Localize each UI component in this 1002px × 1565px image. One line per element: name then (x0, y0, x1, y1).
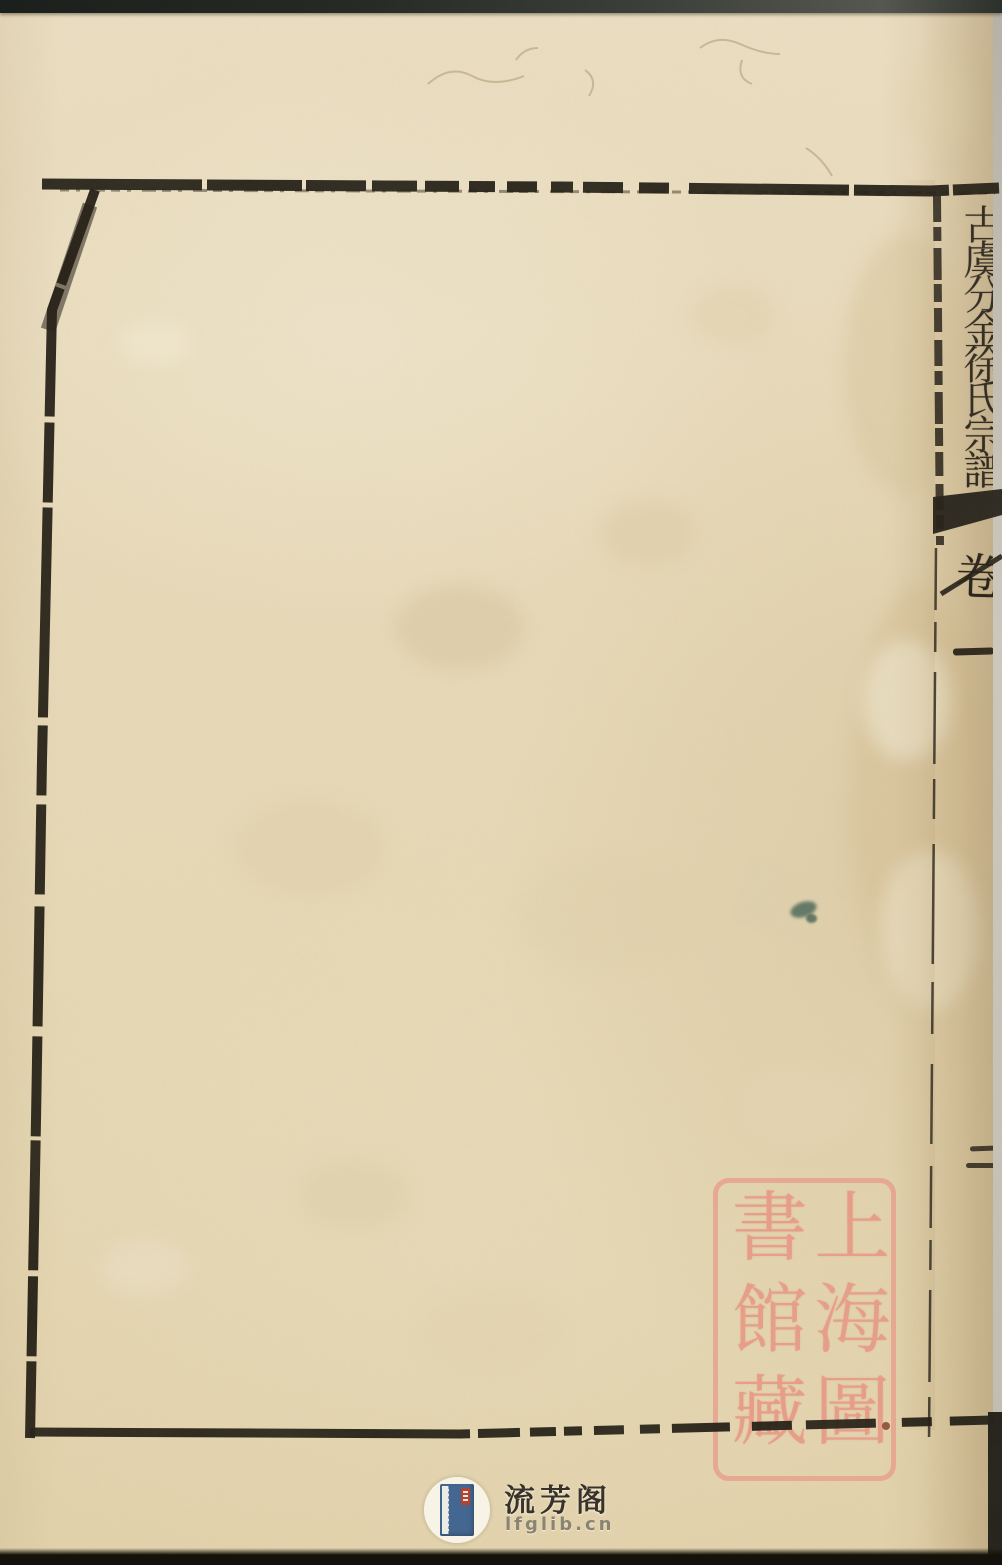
library-seal: 上海圖 書館藏 (713, 1178, 896, 1481)
watermark: 流芳阁 lfglib.cn (424, 1473, 624, 1549)
paper-stain (600, 500, 695, 565)
seal-column-right: 上海圖 (805, 1187, 887, 1472)
paper-stain (100, 1240, 190, 1295)
watermark-badge (424, 1477, 490, 1543)
seal-column-left: 書館藏 (722, 1187, 804, 1472)
paper-stain (690, 285, 775, 345)
book-title-label (461, 1488, 470, 1505)
paper-stain (300, 1160, 410, 1230)
scanned-page: 上海圖 書館藏 古虞分金徐氏宗譜 卷 (0, 0, 1002, 1565)
paper-stain (120, 320, 190, 366)
paper-stain (740, 1060, 870, 1150)
paper-stain (235, 800, 385, 895)
watermark-url: lfglib.cn (505, 1514, 614, 1535)
paper-stain (520, 860, 690, 970)
book-icon (440, 1484, 474, 1536)
scan-edge-top (0, 0, 1002, 13)
volume-number-stroke (953, 647, 994, 655)
ink-smudge (806, 914, 817, 923)
scan-edge-bottom (0, 1548, 1002, 1565)
page-edge-right (993, 0, 1002, 1420)
book-binding-strip (442, 1486, 449, 1534)
paper-stain (395, 585, 525, 670)
fold-shadow (893, 180, 935, 1430)
page-corner-dark (988, 1412, 1002, 1565)
paper-stain (420, 1290, 560, 1370)
